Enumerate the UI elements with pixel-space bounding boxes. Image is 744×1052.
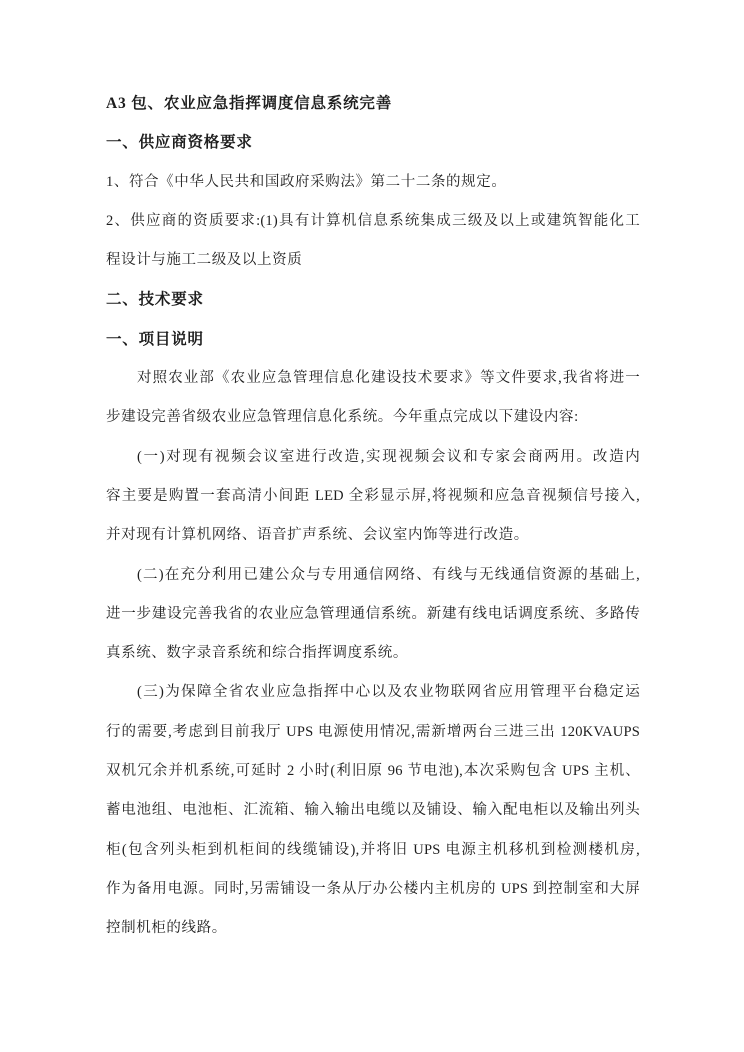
body-text-line: 1、符合《中华人民共和国政府采购法》第二十二条的规定。: [106, 163, 640, 202]
body-text-line: 容主要是购置一套高清小间距 LED 全彩显示屏,将视频和应急音视频信号接入,: [106, 477, 640, 516]
document-title-line: A3 包、农业应急指挥调度信息系统完善: [106, 84, 640, 123]
section-heading-line: 二、技术要求: [106, 280, 640, 319]
body-text-line: 对照农业部《农业应急管理信息化建设技术要求》等文件要求,我省将进一: [106, 359, 640, 398]
body-text-line: (一)对现有视频会议室进行改造,实现视频会议和专家会商两用。改造内: [106, 438, 640, 477]
body-text-line: 真系统、数字录音系统和综合指挥调度系统。: [106, 634, 640, 673]
body-text-line: 行的需要,考虑到目前我厅 UPS 电源使用情况,需新增两台三进三出 120KVA…: [106, 713, 640, 752]
body-text-line: 控制机柜的线路。: [106, 909, 640, 948]
section-heading-line: 一、供应商资格要求: [106, 123, 640, 162]
body-text-line: 2、供应商的资质要求:(1)具有计算机信息系统集成三级及以上或建筑智能化工: [106, 202, 640, 241]
section-heading-line: 一、项目说明: [106, 320, 640, 359]
body-text-line: 作为备用电源。同时,另需铺设一条从厅办公楼内主机房的 UPS 到控制室和大屏: [106, 870, 640, 909]
body-text-line: (三)为保障全省农业应急指挥中心以及农业物联网省应用管理平台稳定运: [106, 673, 640, 712]
body-text-line: 并对现有计算机网络、语音扩声系统、会议室内饰等进行改造。: [106, 516, 640, 555]
body-text-line: (二)在充分利用已建公众与专用通信网络、有线与无线通信资源的基础上,: [106, 556, 640, 595]
document-page: A3 包、农业应急指挥调度信息系统完善一、供应商资格要求1、符合《中华人民共和国…: [0, 0, 744, 1052]
document-body: A3 包、农业应急指挥调度信息系统完善一、供应商资格要求1、符合《中华人民共和国…: [106, 84, 640, 949]
body-text-line: 步建设完善省级农业应急管理信息化系统。今年重点完成以下建设内容:: [106, 398, 640, 437]
body-text-line: 蓄电池组、电池柜、汇流箱、输入输出电缆以及铺设、输入配电柜以及输出列头: [106, 791, 640, 830]
body-text-line: 双机冗余并机系统,可延时 2 小时(利旧原 96 节电池),本次采购包含 UPS…: [106, 752, 640, 791]
body-text-line: 程设计与施工二级及以上资质: [106, 241, 640, 280]
body-text-line: 进一步建设完善我省的农业应急管理通信系统。新建有线电话调度系统、多路传: [106, 595, 640, 634]
body-text-line: 柜(包含列头柜到机柜间的线缆铺设),并将旧 UPS 电源主机移机到检测楼机房,: [106, 831, 640, 870]
